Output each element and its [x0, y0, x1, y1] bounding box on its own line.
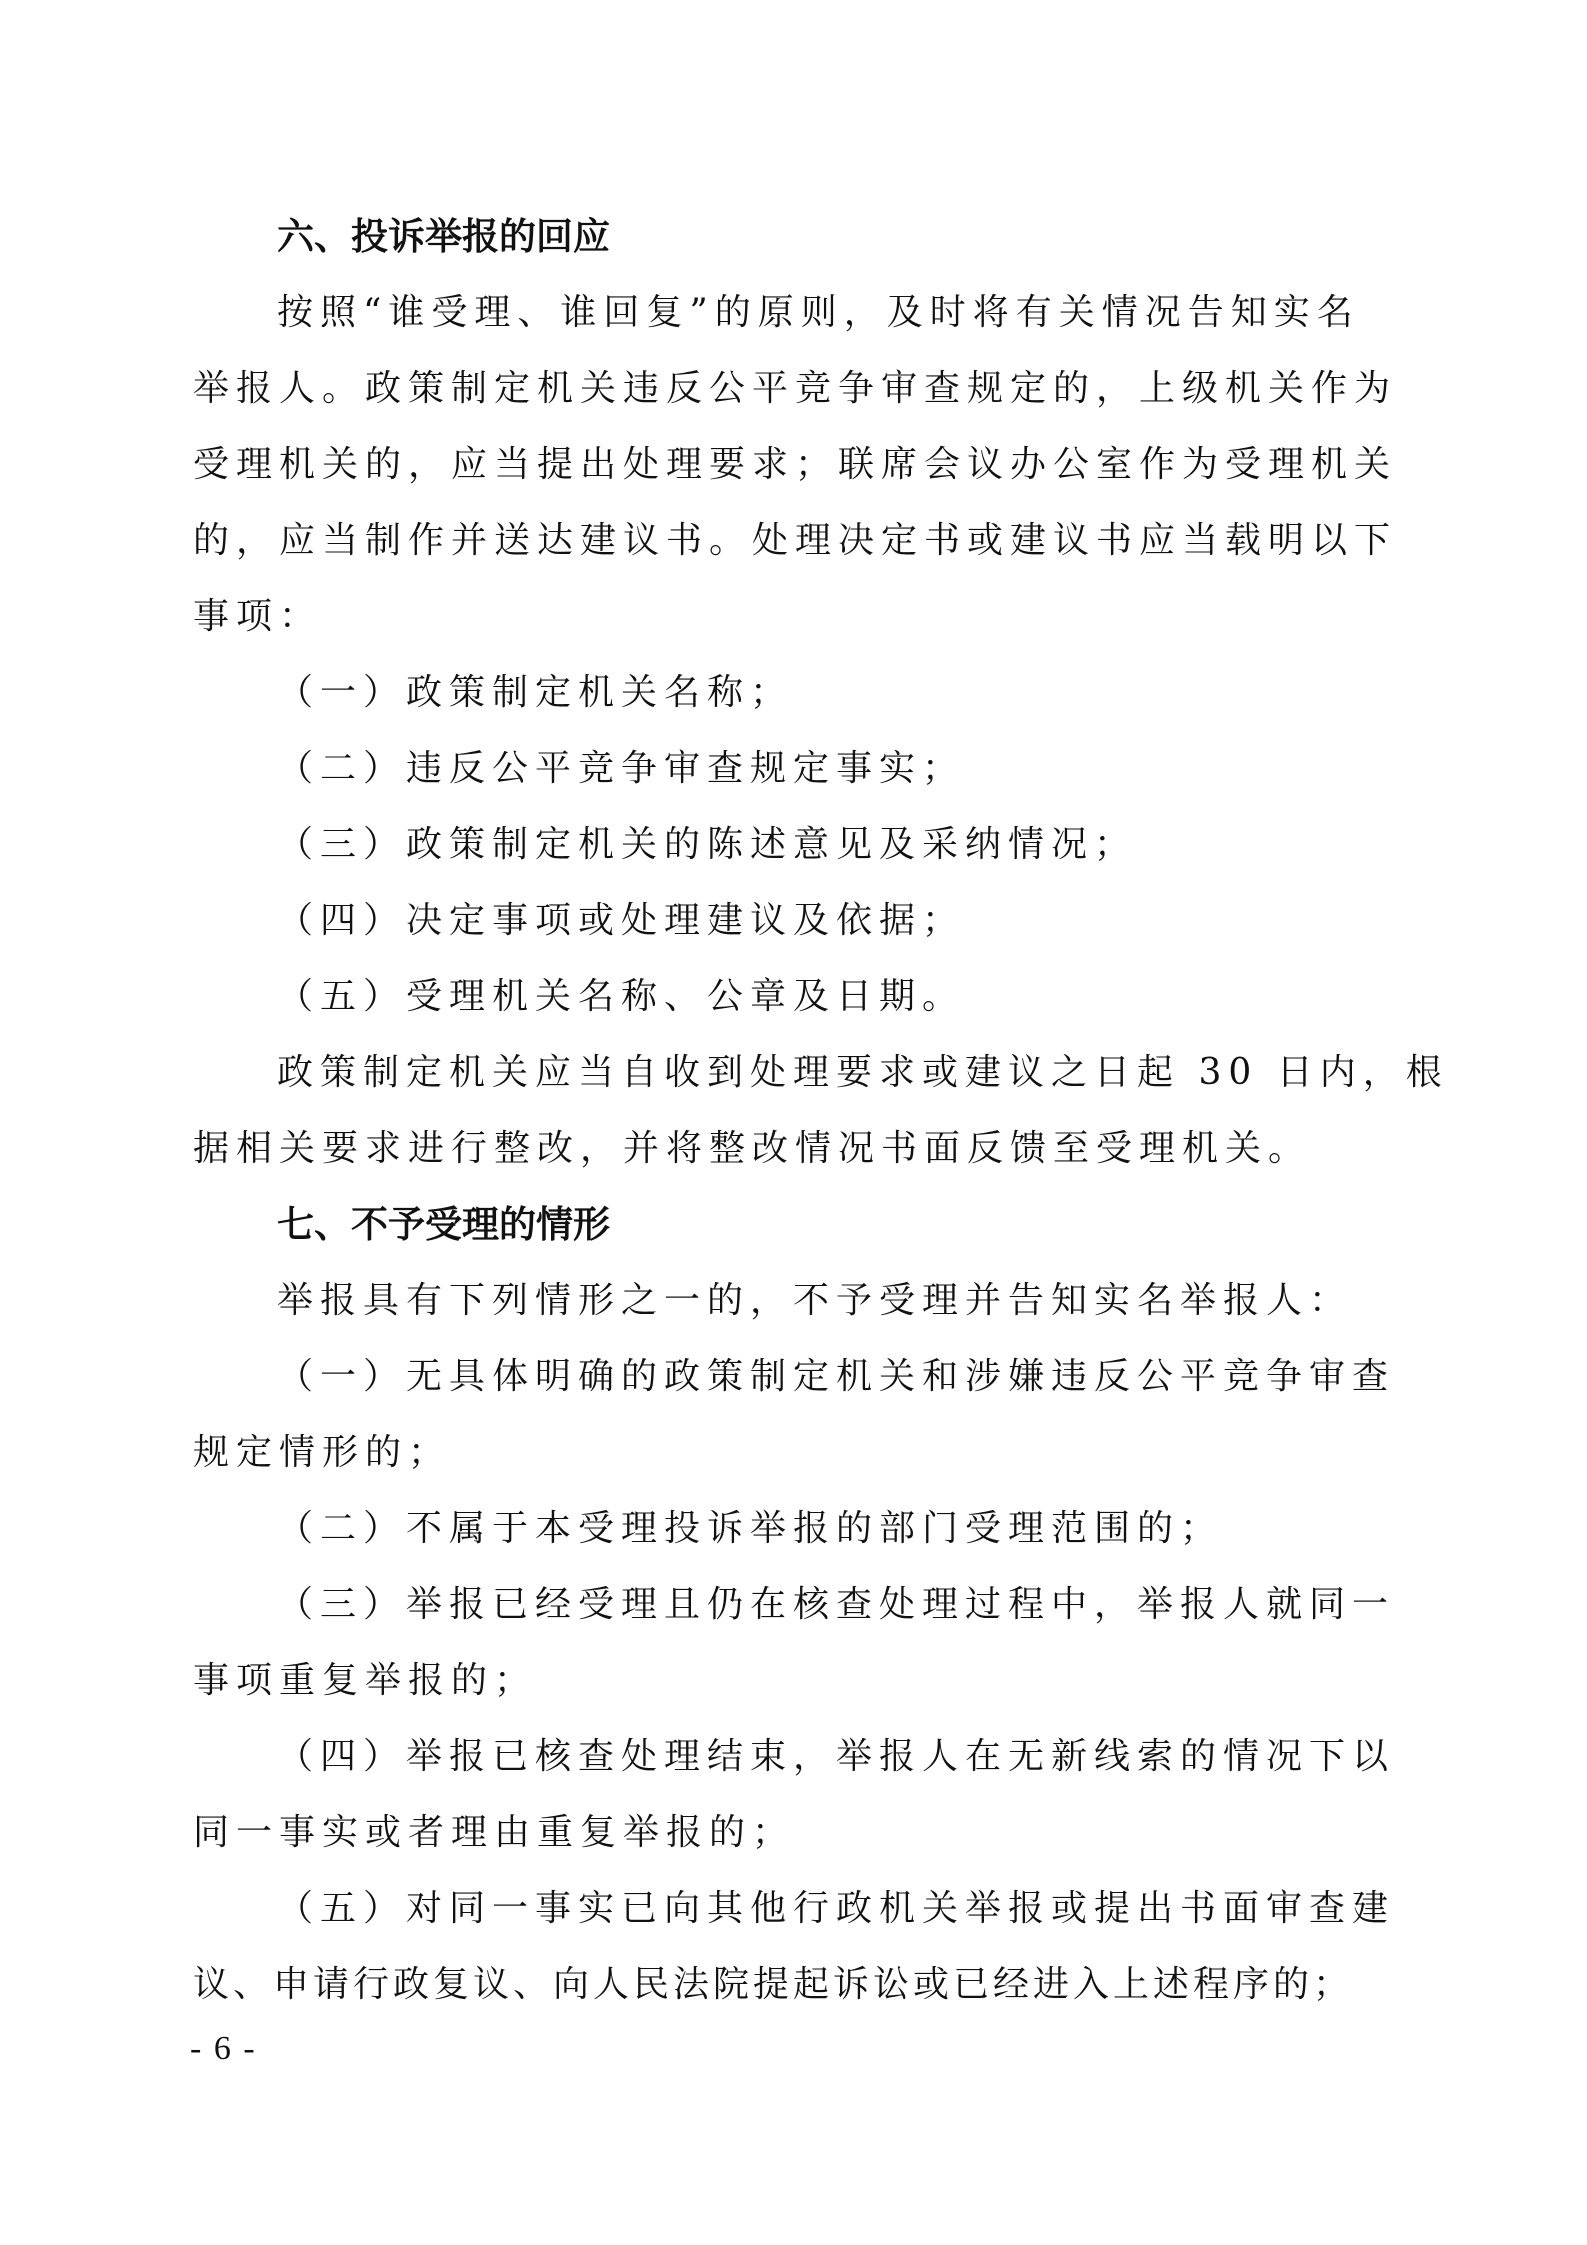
list-item-continuation: 事项重复举报的；: [193, 1643, 1398, 1719]
section-heading-7: 七、不予受理的情形: [193, 1187, 1398, 1263]
paragraph-line: 按照“谁受理、谁回复”的原则，及时将有关情况告知实名: [193, 275, 1398, 351]
list-item-continuation: 规定情形的；: [193, 1415, 1398, 1491]
list-item: （二）违反公平竞争审查规定事实；: [193, 731, 1398, 807]
section-heading-6: 六、投诉举报的回应: [193, 199, 1398, 275]
page-number: - 6 -: [190, 2030, 257, 2068]
list-item: （三）举报已经受理且仍在核查处理过程中，举报人就同一: [193, 1567, 1398, 1643]
list-item: （五）受理机关名称、公章及日期。: [193, 959, 1398, 1035]
paragraph-line: 举报具有下列情形之一的，不予受理并告知实名举报人：: [193, 1263, 1398, 1339]
list-item-continuation: 同一事实或者理由重复举报的；: [193, 1795, 1398, 1871]
list-item: （四）举报已核查处理结束，举报人在无新线索的情况下以: [193, 1719, 1398, 1795]
list-item: （一）无具体明确的政策制定机关和涉嫌违反公平竞争审查: [193, 1339, 1398, 1415]
list-item: （一）政策制定机关名称；: [193, 655, 1398, 731]
paragraph-line: 的，应当制作并送达建议书。处理决定书或建议书应当载明以下: [193, 503, 1398, 579]
list-item: （四）决定事项或处理建议及依据；: [193, 883, 1398, 959]
paragraph-line: 举报人。政策制定机关违反公平竞争审查规定的，上级机关作为: [193, 351, 1398, 427]
paragraph-line: 据相关要求进行整改，并将整改情况书面反馈至受理机关。: [193, 1111, 1398, 1187]
list-item: （五）对同一事实已向其他行政机关举报或提出书面审查建: [193, 1871, 1398, 1947]
paragraph-line: 事项：: [193, 579, 1398, 655]
paragraph-line: 受理机关的，应当提出处理要求；联席会议办公室作为受理机关: [193, 427, 1398, 503]
list-item-continuation: 议、申请行政复议、向人民法院提起诉讼或已经进入上述程序的；: [193, 1947, 1398, 2023]
list-item: （三）政策制定机关的陈述意见及采纳情况；: [193, 807, 1398, 883]
document-page: 六、投诉举报的回应 按照“谁受理、谁回复”的原则，及时将有关情况告知实名 举报人…: [193, 199, 1398, 2023]
paragraph-line: 政策制定机关应当自收到处理要求或建议之日起 30 日内，根: [193, 1035, 1398, 1111]
list-item: （二）不属于本受理投诉举报的部门受理范围的；: [193, 1491, 1398, 1567]
